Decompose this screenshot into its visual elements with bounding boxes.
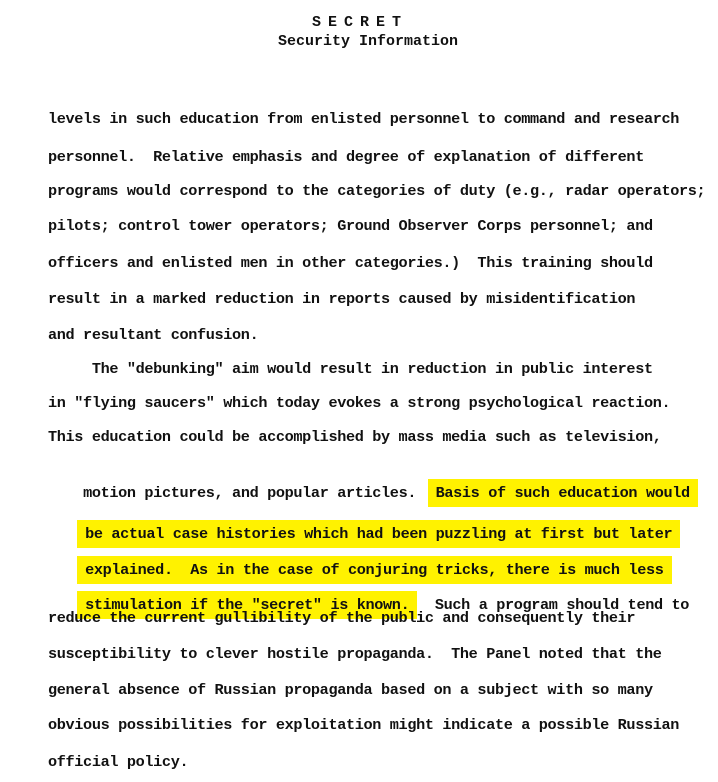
- text-line: officers and enlisted men in other categ…: [48, 252, 653, 274]
- classification-marking: SECRET: [0, 14, 718, 32]
- text-line: This education could be accomplished by …: [48, 426, 661, 448]
- text-line: in "flying saucers" which today evokes a…: [48, 392, 670, 414]
- text-line: susceptibility to clever hostile propaga…: [48, 643, 661, 665]
- text-line: The "debunking" aim would result in redu…: [48, 358, 653, 380]
- text-line: result in a marked reduction in reports …: [48, 288, 635, 310]
- text-line: pilots; control tower operators; Ground …: [48, 215, 653, 237]
- text-line: programs would correspond to the categor…: [48, 180, 705, 202]
- text-line: and resultant confusion.: [48, 324, 258, 346]
- text-line: general absence of Russian propaganda ba…: [48, 679, 653, 701]
- security-information-label: Security Information: [18, 32, 718, 52]
- text-line: reduce the current gullibility of the pu…: [48, 607, 635, 629]
- text-line: personnel. Relative emphasis and degree …: [48, 146, 644, 168]
- text-segment: motion pictures, and popular articles.: [83, 484, 434, 502]
- text-line: obvious possibilities for exploitation m…: [48, 714, 679, 736]
- text-line: levels in such education from enlisted p…: [48, 108, 679, 130]
- classification-header: SECRET Security Information: [0, 14, 718, 52]
- text-line: official policy.: [48, 751, 188, 773]
